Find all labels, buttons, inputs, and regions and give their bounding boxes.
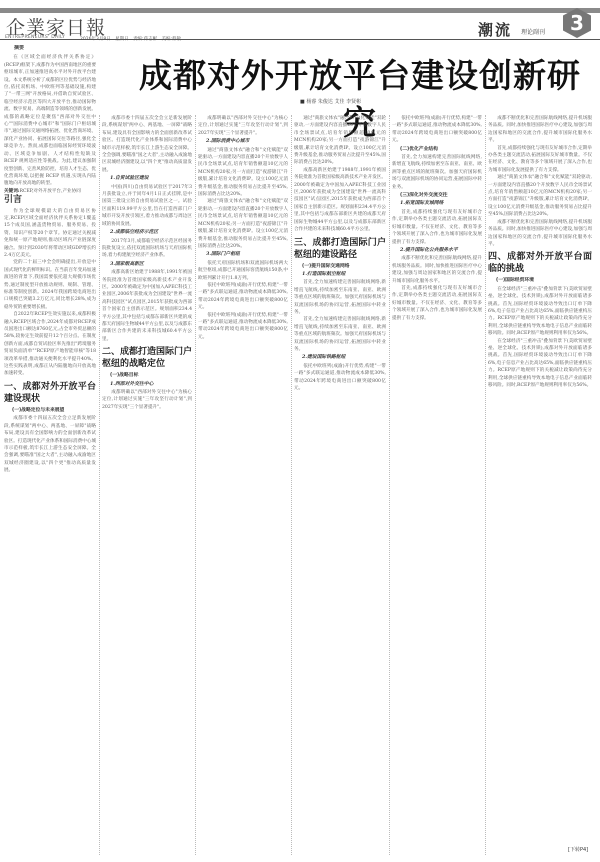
issue-editor: 责编:蒋志彬 xyxy=(133,37,157,42)
abstract-label: 摘要 xyxy=(4,45,96,52)
subsection-heading: 1.拓宽国际友城网络 xyxy=(392,200,482,207)
body-paragraph: 首先,全力加速构建完善国际航线网络,新增直飞航线,持续加密至东南亚、南亚、欧洲等… xyxy=(294,316,386,353)
subsection-heading: 2.建设国际铁路枢纽 xyxy=(294,354,386,361)
body-paragraph: 通过"商旅文体农"融合和"文化赋能"双轮驱动,一方面建设内容直播20个开放数字人… xyxy=(488,174,592,218)
subsection-heading: (一)战略定位与未来展望 xyxy=(4,407,96,414)
column-rule xyxy=(291,115,292,855)
body-paragraph: 在全球经济"三重冲击"叠加背景下(美欧贸易壁垒、逆全球化、技术封锁),成都对外开… xyxy=(488,286,592,338)
body-paragraph: 依托天府国际机场和双流国际机场两大航空枢纽,成都已开通国际客货航线150条,中欧… xyxy=(198,260,288,282)
issue-weekday: 星期日 xyxy=(115,37,129,42)
subsection-heading: (三)深化对外交流交往 xyxy=(392,192,482,199)
column-2: 成都市委十四届五次全会立足新发展阶段,系统谋划"两中心、两基地、一屏障"战略布局… xyxy=(102,115,192,855)
intro-heading: 引言 xyxy=(4,197,96,204)
section-heading: 一、成都对外开放平台建设现状 xyxy=(4,381,96,405)
article-authors: 杨睿 朱俊达 艾佳 李贤彬 xyxy=(300,98,361,105)
page-number-badge: 3 xyxy=(563,8,591,38)
keywords-label: 关键词: xyxy=(4,189,19,194)
section-heading: 二、成都打造国际门户枢纽的战略定位 xyxy=(102,346,192,370)
subsection-heading: 1.自贸试验区建设 xyxy=(102,175,192,182)
section-heading: 四、成都对外开放平台面临的挑战 xyxy=(488,251,592,275)
body-paragraph: 成都不断优化和完善国际航线网络,提升机场服务品质。同时,加快推进国际医疗中心建设… xyxy=(488,219,592,249)
body-paragraph: 首先,全力加速构建完善国际航线网络,新增直飞航线,持续加密至东南亚、南亚、欧洲等… xyxy=(294,279,386,316)
body-paragraph: 依托中欧班列(成渝)开行优势,构建"一带一路"多式联运通道,推动物流成本降低30… xyxy=(198,282,288,312)
body-paragraph: 成都市委十四届五次全会立足新发展阶段,系统谋划"两中心、两基地、一屏障"战略布局… xyxy=(4,415,96,474)
body-paragraph: 通过"商旅文体农"融合和"文化赋能"双轮驱动,一方面建设内容直播20个开放数字人… xyxy=(294,115,386,167)
body-paragraph: 成都市委十四届五次全会立足新发展阶段,系统谋划"两中心、两基地、一屏障"战略布局… xyxy=(102,115,192,174)
subsection-heading: 3.国际门户枢纽 xyxy=(198,251,288,258)
subsection-heading: (二)优化产业结构 xyxy=(392,146,482,153)
column-rule xyxy=(485,115,486,855)
column-rule xyxy=(389,115,390,855)
subsection-heading: 3.国家级高新区 xyxy=(102,261,192,268)
body-paragraph: 通过"商旅文体农"融合和"文化赋能"双轮驱动,一方面建设内容直播20个开放数字人… xyxy=(198,147,288,199)
body-paragraph: 中国(四川)自由贸易试验区于2017年3月获批设立,并于同年4月1日正式挂牌,是… xyxy=(102,184,192,228)
continued-on-page-note: [下转P4] xyxy=(568,846,588,853)
keywords-value: RCEP,对外开放平台,产业协同 xyxy=(19,189,80,194)
issue-date: 2026年3月8日 xyxy=(80,37,111,42)
column-6: 成都不断优化和完善国际航线网络,提升机场服务品质。同时,加快推进国际医疗中心建设… xyxy=(488,115,592,845)
section-name: 潮流 xyxy=(478,19,512,40)
body-paragraph: 依托中欧班列(成渝)开行优势,构建"一带一路"多式联运通道,推动物流成本降低30… xyxy=(392,115,482,145)
section-subtitle: 理论副刊 xyxy=(521,27,545,36)
body-paragraph: 成都不断优化和完善国际航线网络,提升机场服务品质。同时,加快推进国际医疗中心建设… xyxy=(488,115,592,145)
intro-paragraph: 作为全球规模最大的自由贸易区协定,RCEP区域全面经济伙伴关系协定1覆盖15个成… xyxy=(4,208,96,260)
body-paragraph: 依托中欧班列(成渝)开行优势,构建"一带一路"多式联运通道,推动物流成本降低30… xyxy=(294,363,386,393)
body-paragraph: 依托中欧班列(成渝)开行优势,构建"一带一路"多式联运通道,推动物流成本降低30… xyxy=(198,312,288,342)
body-paragraph: 成都明确以"西部对外交往中心"为核心定位,计划通过实施"三年攻坚行动计划",到2… xyxy=(102,389,192,411)
column-rule xyxy=(195,115,196,855)
subsection-heading: (一)提升国际交通网络 xyxy=(294,263,386,270)
subsection-heading: 1.打造国际航空枢纽 xyxy=(294,271,386,278)
column-4: 通过"商旅文体农"融合和"文化赋能"双轮驱动,一方面建设内容直播20个开放数字人… xyxy=(294,115,386,855)
masthead: 企業家日報 ENTREPRENEURS' DAILY 2026年3月8日 星期日… xyxy=(0,13,600,40)
column-5: 依托中欧班列(成渝)开行优势,构建"一带一路"多式联运通道,推动物流成本降低30… xyxy=(392,115,482,855)
body-paragraph: 成都高新区始建于1988年,1991年被国务院批准为首批国家级高新技术产业开发区… xyxy=(102,269,192,343)
issue-meta: 2026年3月8日 星期日 责编:蒋志彬 美编:蔡敏 xyxy=(80,36,181,42)
body-paragraph: 成都不断优化和完善国际航线网络,提升机场服务品质。同时,加快推进国际医疗中心建设… xyxy=(392,255,482,285)
section-heading: 三、成都打造国际门户枢纽的建设路径 xyxy=(294,237,386,261)
column-1: 摘要 在《区域全面经济伙伴关系协定》(RCEP)框架下,成都作为中国西南地区的重… xyxy=(4,45,96,850)
subsection-heading: (一)国际经贸环境 xyxy=(488,277,592,284)
subsection-heading: 2.国际消费中心城市 xyxy=(198,138,288,145)
column-3: 成都明确以"西部对外交往中心"为核心定位,计划通过实施"三年攻坚行动计划",到2… xyxy=(198,115,288,855)
subsection-heading: 2.提升国际化公共服务水平 xyxy=(392,247,482,254)
newspaper-logo-english: ENTREPRENEURS' DAILY xyxy=(5,35,65,40)
body-paragraph: 首先,成都持续强化与现有友好城市合作,定期举办各类主题交流活动,拓展国际友好城市… xyxy=(488,145,592,175)
body-paragraph: 成都明确以"西部对外交往中心"为核心定位,计划通过实施"三年攻坚行动计划",到2… xyxy=(198,115,288,137)
body-paragraph: 在全球经济"三重冲击"叠加背景下(美欧贸易壁垒、逆全球化、技术封锁),成都对外开… xyxy=(488,338,592,390)
intro-paragraph: 党的二十届三中全会明确提出,开放是中国式现代化的鲜明标识。在当前百年变局加速演进… xyxy=(4,259,96,311)
body-paragraph: 通过"商旅文体农"融合和"文化赋能"双轮驱动,一方面建设内容直播20个开放数字人… xyxy=(198,198,288,250)
subsection-heading: 2.成都临空经济示范区 xyxy=(102,229,192,236)
body-paragraph: 首先,成都持续强化与现有友好城市合作,定期举办各类主题交流活动,拓展国际友好城市… xyxy=(392,209,482,246)
intro-paragraph: 自2022年RCEP生效实施以来,成都积极融入RCEP区域合作,2024年成都对… xyxy=(4,311,96,378)
subsection-heading: 1.西部对外交往中心 xyxy=(102,381,192,388)
subsection-heading: (一)战略目标 xyxy=(102,372,192,379)
column-rule xyxy=(99,115,100,855)
body-paragraph: 成都高新区始建于1988年,1991年被国务院批准为首批国家级高新技术产业开发区… xyxy=(294,167,386,234)
issue-designer: 美编:蔡敏 xyxy=(162,37,182,42)
keywords: 关键词:RCEP,对外开放平台,产业协同 xyxy=(4,188,96,195)
abstract-text: 在《区域全面经济伙伴关系协定》(RCEP)框架下,成都作为中国西南地区的重要枢纽… xyxy=(4,54,96,187)
body-paragraph: 2017年3月,成都临空经济示范区经国务院批复设立,依托双流国际机场与天府国际机… xyxy=(102,238,192,260)
body-paragraph: 首先,全力加速构建完善国际航线网络,新增直飞航线,持续加密至东南亚、南亚、欧洲等… xyxy=(392,154,482,191)
body-paragraph: 首先,成都持续强化与现有友好城市合作,定期举办各类主题交流活动,拓展国际友好城市… xyxy=(392,285,482,322)
